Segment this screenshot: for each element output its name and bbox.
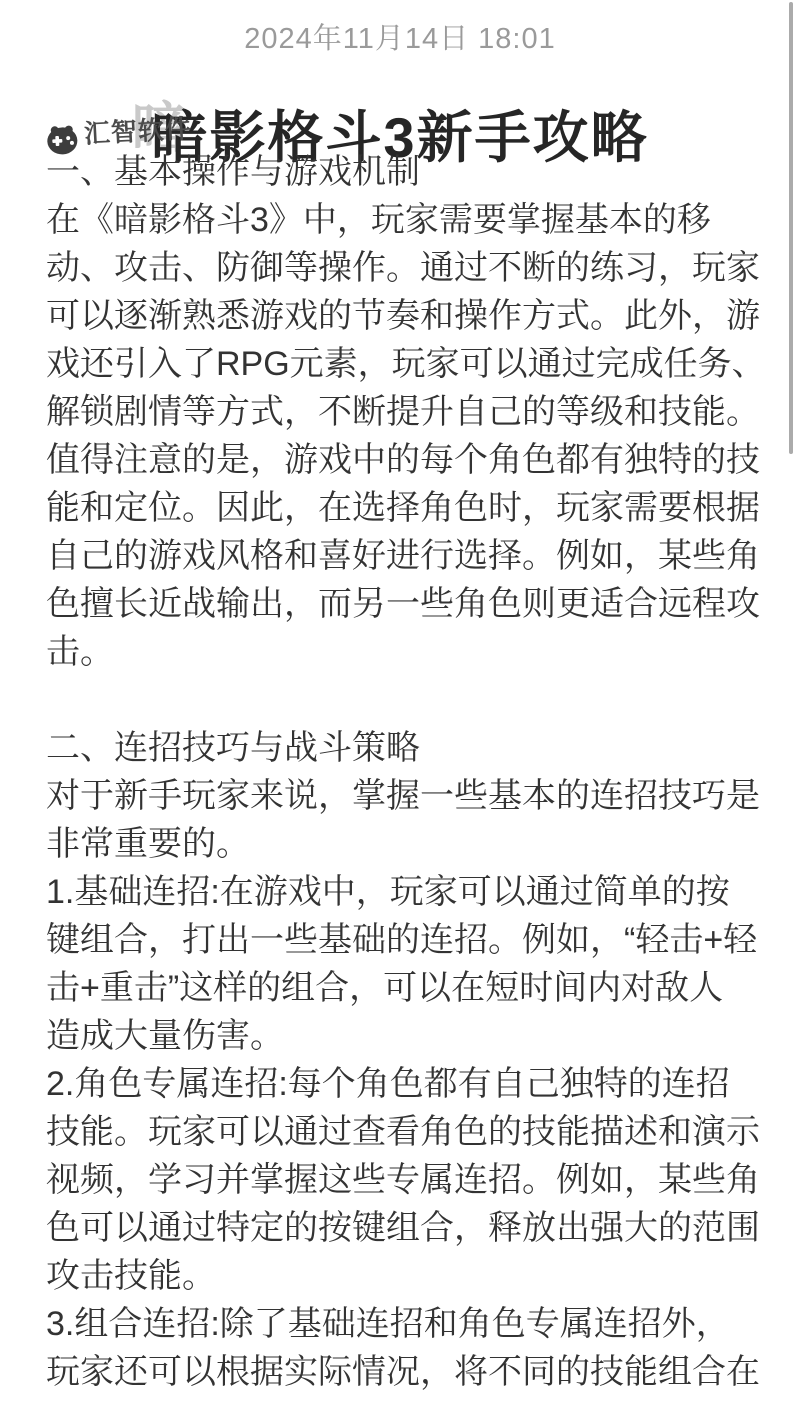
blank-line <box>46 676 770 724</box>
text-line: 3.组合连招:除了基础连招和角色专属连招外， <box>46 1300 770 1348</box>
text-line: 戏还引入了RPG元素，玩家可以通过完成任务、 <box>46 340 770 388</box>
text-line: 二、连招技巧与战斗策略 <box>46 724 770 772</box>
text-line: 可以逐渐熟悉游戏的节奏和操作方式。此外，游 <box>46 292 770 340</box>
text-line: 视频，学习并掌握这些专属连招。例如，某些角 <box>46 1156 770 1204</box>
text-line: 技能。玩家可以通过查看角色的技能描述和演示 <box>46 1108 770 1156</box>
text-line: 色可以通过特定的按键组合，释放出强大的范围 <box>46 1204 770 1252</box>
watermark: 汇智软件 <box>43 108 193 158</box>
text-line: 对于新手玩家来说，掌握一些基本的连招技巧是 <box>46 772 770 820</box>
text-line: 自己的游戏风格和喜好进行选择。例如，某些角 <box>46 532 770 580</box>
gamepad-icon <box>43 120 81 158</box>
text-line: 在《暗影格斗3》中，玩家需要掌握基本的移 <box>46 196 770 244</box>
text-line: 一、基本操作与游戏机制 <box>46 148 770 196</box>
text-line: 非常重要的。 <box>46 820 770 868</box>
text-line: 击。 <box>46 628 770 676</box>
text-line: 1.基础连招:在游戏中，玩家可以通过简单的按 <box>46 868 770 916</box>
scrollbar-thumb[interactable] <box>789 2 793 454</box>
text-line: 能和定位。因此，在选择角色时，玩家需要根据 <box>46 484 770 532</box>
text-line: 玩家还可以根据实际情况，将不同的技能组合在 <box>46 1348 770 1396</box>
text-line: 2.角色专属连招:每个角色都有自己独特的连招 <box>46 1060 770 1108</box>
text-line: 动、攻击、防御等操作。通过不断的练习，玩家 <box>46 244 770 292</box>
text-line: 值得注意的是，游戏中的每个角色都有独特的技 <box>46 436 770 484</box>
text-line: 造成大量伤害。 <box>46 1012 770 1060</box>
text-line: 色擅长近战输出，而另一些角色则更适合远程攻 <box>46 580 770 628</box>
article-lines: 一、基本操作与游戏机制在《暗影格斗3》中，玩家需要掌握基本的移动、攻击、防御等操… <box>46 148 770 1396</box>
watermark-label: 汇智软件 <box>83 108 193 151</box>
publish-date: 2024年11月14日 18:01 <box>0 16 800 57</box>
article-body: 一、基本操作与游戏机制在《暗影格斗3》中，玩家需要掌握基本的移动、攻击、防御等操… <box>46 148 770 1396</box>
article-page: 2024年11月14日 18:01 暗 暗影格斗3新手攻略 汇智软件 一、基本操… <box>0 0 800 1413</box>
text-line: 击+重击”这样的组合，可以在短时间内对敌人 <box>46 964 770 1012</box>
text-line: 解锁剧情等方式，不断提升自己的等级和技能。 <box>46 388 770 436</box>
text-line: 键组合，打出一些基础的连招。例如，“轻击+轻 <box>46 916 770 964</box>
text-line: 攻击技能。 <box>46 1252 770 1300</box>
